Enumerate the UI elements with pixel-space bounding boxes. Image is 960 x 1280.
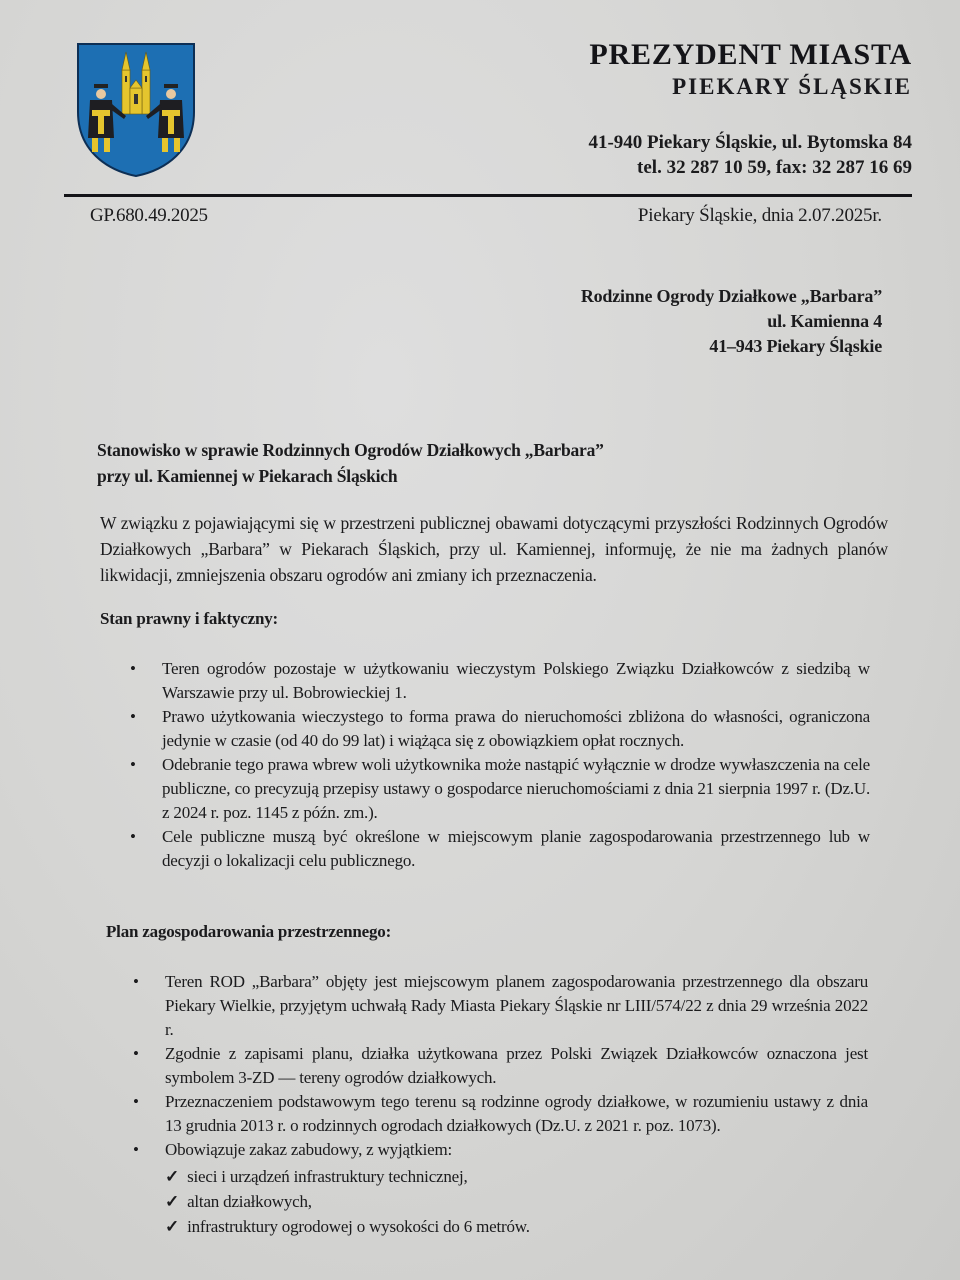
bullet-icon: • xyxy=(130,753,148,777)
exceptions-list: ✓ sieci i urządzeń infrastruktury techni… xyxy=(165,1164,868,1239)
legal-status-list: •Teren ogrodów pozostaje w użytkowaniu w… xyxy=(130,657,870,873)
list-item: •Cele publiczne muszą być określone w mi… xyxy=(130,825,870,873)
exception-item: ✓ sieci i urządzeń infrastruktury techni… xyxy=(165,1164,868,1189)
exception-item: ✓ altan działkowych, xyxy=(165,1189,868,1214)
list-item: •Teren ROD „Barbara” objęty jest miejsco… xyxy=(133,970,868,1042)
exception-text: sieci i urządzeń infrastruktury technicz… xyxy=(187,1167,468,1186)
bullet-icon: • xyxy=(133,1090,151,1114)
list-item-text: Teren ogrodów pozostaje w użytkowaniu wi… xyxy=(162,659,870,702)
letterhead-title: PREZYDENT MIASTA xyxy=(588,38,912,72)
checkmark-icon: ✓ xyxy=(165,1164,183,1189)
intro-paragraph: W związku z pojawiającymi się w przestrz… xyxy=(100,510,888,588)
bullet-icon: • xyxy=(130,657,148,681)
exception-text: infrastruktury ogrodowej o wysokości do … xyxy=(187,1217,530,1236)
letter-subject: Stanowisko w sprawie Rodzinnych Ogrodów … xyxy=(97,437,604,489)
checkmark-icon: ✓ xyxy=(165,1189,183,1214)
section-heading-zoning-plan: Plan zagospodarowania przestrzennego: xyxy=(106,922,391,942)
checkmark-icon: ✓ xyxy=(165,1214,183,1239)
reference-number: GP.680.49.2025 xyxy=(90,205,208,227)
recipient-city: 41–943 Piekary Śląskie xyxy=(581,334,882,359)
recipient-address: Rodzinne Ogrody Działkowe „Barbara” ul. … xyxy=(581,284,882,359)
list-item: •Prawo użytkowania wieczystego to forma … xyxy=(130,705,870,753)
bullet-icon: • xyxy=(130,705,148,729)
exception-item: ✓ infrastruktury ogrodowej o wysokości d… xyxy=(165,1214,868,1239)
office-address: 41-940 Piekary Śląskie, ul. Bytomska 84 xyxy=(588,130,912,155)
recipient-street: ul. Kamienna 4 xyxy=(581,309,882,334)
list-item: •Odebranie tego prawa wbrew woli użytkow… xyxy=(130,753,870,825)
list-item-text: Przeznaczeniem podstawowym tego terenu s… xyxy=(165,1092,868,1135)
bullet-icon: • xyxy=(130,825,148,849)
city-coat-of-arms-icon xyxy=(76,42,196,178)
zoning-plan-list: •Teren ROD „Barbara” objęty jest miejsco… xyxy=(133,970,868,1239)
bullet-icon: • xyxy=(133,970,151,994)
list-item-text: Obowiązuje zakaz zabudowy, z wyjątkiem: xyxy=(165,1140,452,1159)
subject-line: Stanowisko w sprawie Rodzinnych Ogrodów … xyxy=(97,437,604,463)
list-item: •Przeznaczeniem podstawowym tego terenu … xyxy=(133,1090,868,1138)
section-heading-legal-status: Stan prawny i faktyczny: xyxy=(100,609,278,629)
list-item: •Zgodnie z zapisami planu, działka użytk… xyxy=(133,1042,868,1090)
subject-line: przy ul. Kamiennej w Piekarach Śląskich xyxy=(97,463,604,489)
list-item-text: Odebranie tego prawa wbrew woli użytkown… xyxy=(162,755,870,822)
letterhead: PREZYDENT MIASTA PIEKARY ŚLĄSKIE 41-940 … xyxy=(588,38,912,180)
bullet-icon: • xyxy=(133,1042,151,1066)
list-item: •Obowiązuje zakaz zabudowy, z wyjątkiem:… xyxy=(133,1138,868,1239)
header-divider xyxy=(64,194,912,197)
list-item-text: Zgodnie z zapisami planu, działka użytko… xyxy=(165,1044,868,1087)
date-line: Piekary Śląskie, dnia 2.07.2025r. xyxy=(638,205,882,227)
office-contact: tel. 32 287 10 59, fax: 32 287 16 69 xyxy=(588,155,912,180)
bullet-icon: • xyxy=(133,1138,151,1162)
list-item: •Teren ogrodów pozostaje w użytkowaniu w… xyxy=(130,657,870,705)
list-item-text: Prawo użytkowania wieczystego to forma p… xyxy=(162,707,870,750)
letterhead-address: 41-940 Piekary Śląskie, ul. Bytomska 84 … xyxy=(588,130,912,180)
list-item-text: Teren ROD „Barbara” objęty jest miejscow… xyxy=(165,972,868,1039)
exception-text: altan działkowych, xyxy=(187,1192,312,1211)
list-item-text: Cele publiczne muszą być określone w mie… xyxy=(162,827,870,870)
letterhead-city: PIEKARY ŚLĄSKIE xyxy=(588,72,912,102)
recipient-name: Rodzinne Ogrody Działkowe „Barbara” xyxy=(581,284,882,309)
